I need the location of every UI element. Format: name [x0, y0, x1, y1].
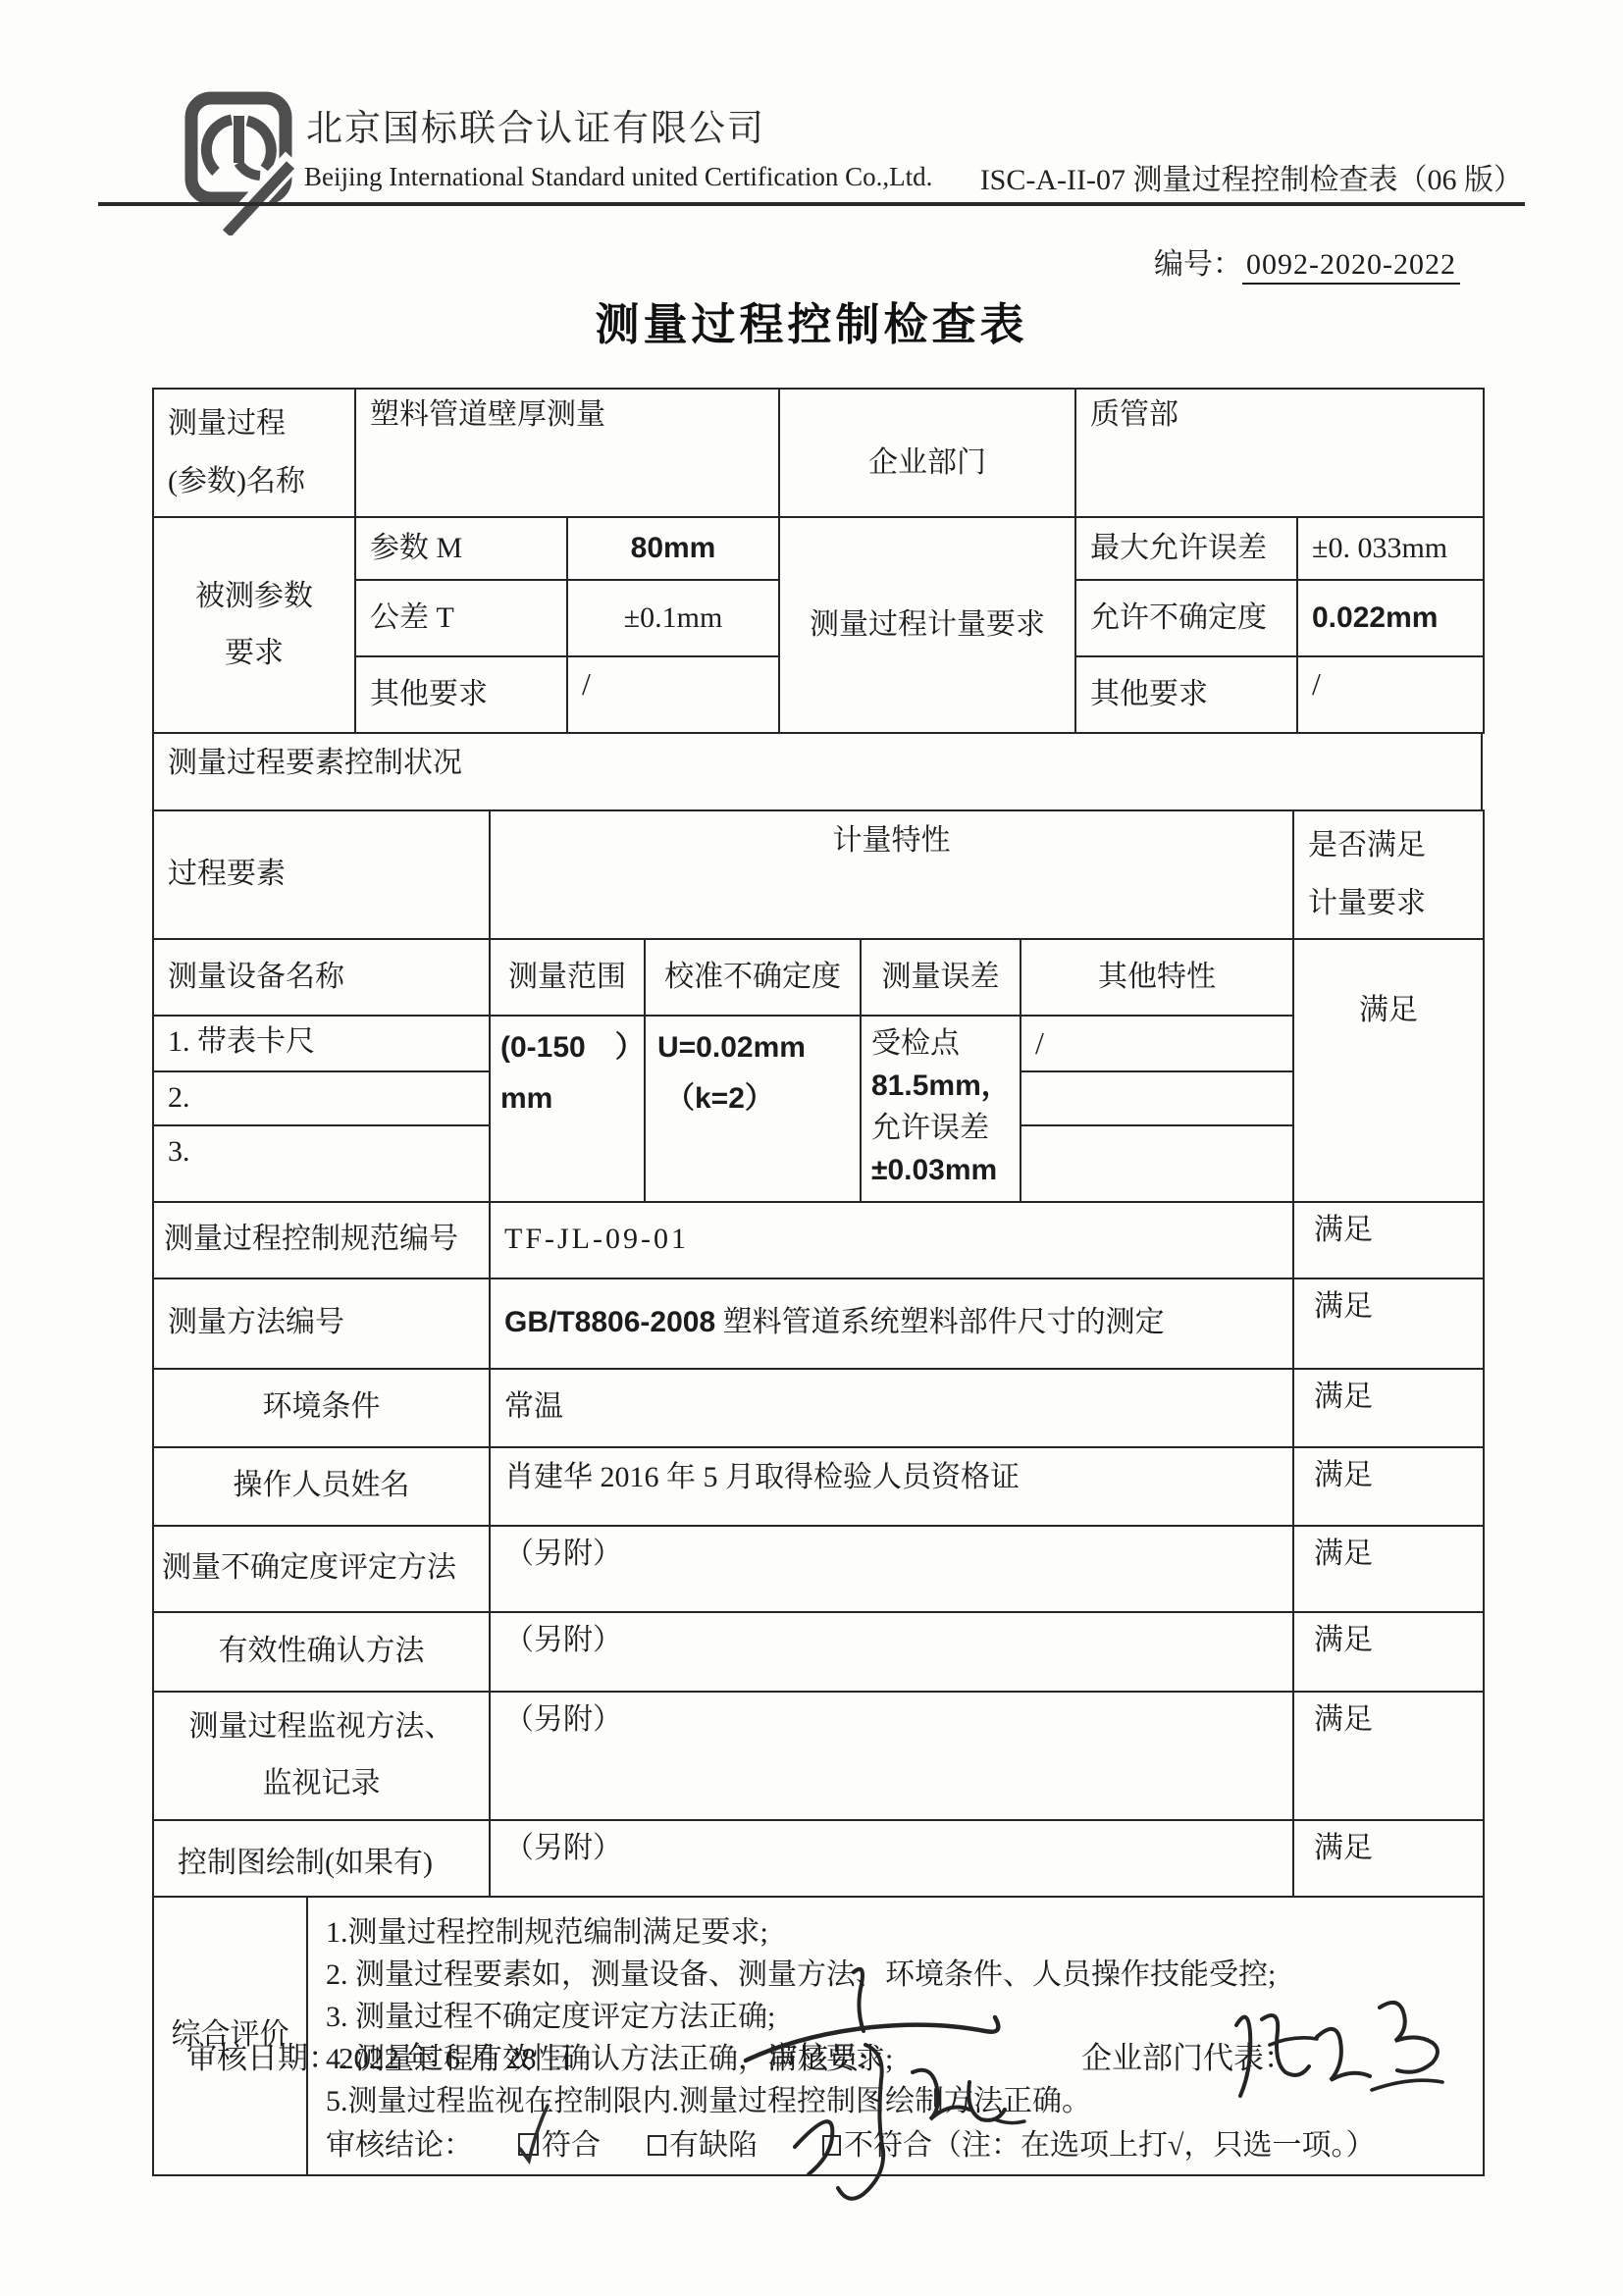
- col-header-other-char: 其他特性: [1021, 939, 1293, 1016]
- row-monitor-method-value: （另附）: [490, 1692, 1293, 1820]
- header-rule: [98, 202, 1525, 206]
- col-header-process-element: 过程要素: [153, 810, 490, 939]
- auditor-label: 审核员:: [767, 2033, 867, 2077]
- monitor-method-line2: 监视记录: [168, 1755, 475, 1813]
- table-identification: 测量过程 (参数)名称 塑料管道壁厚测量 企业部门 质管部 被测参数 要求 参数…: [152, 388, 1485, 734]
- cell-other-char-3: [1021, 1125, 1293, 1202]
- row-uncertainty-method-status: 满足: [1293, 1526, 1484, 1612]
- cell-device-2: 2.: [153, 1071, 490, 1125]
- checkbox-defect: [648, 2135, 666, 2156]
- row-spec-number-value: TF-JL-09-01: [490, 1202, 1293, 1278]
- doc-code: ISC-A-II-07 测量过程控制检查表（06 版）: [980, 155, 1523, 198]
- meas-error-line3: 允许误差: [871, 1107, 1016, 1149]
- cell-other-char-1: /: [1021, 1016, 1293, 1071]
- row-method-number-status: 满足: [1293, 1278, 1484, 1369]
- form-table: 测量过程 (参数)名称 塑料管道壁厚测量 企业部门 质管部 被测参数 要求 参数…: [152, 390, 1483, 2176]
- col-header-meas-error: 测量误差: [861, 939, 1021, 1016]
- cell-unc-label: 允许不确定度: [1075, 580, 1297, 656]
- checkbox-conform: [518, 2133, 539, 2156]
- row-env-status: 满足: [1293, 1369, 1484, 1447]
- checkbox-nonconform: [822, 2135, 841, 2156]
- company-name-en: Beijing International Standard united Ce…: [304, 162, 932, 192]
- audit-date-value: 2022 年 6 月 28 日: [339, 2041, 574, 2075]
- cell-dept-label: 企业部门: [779, 389, 1075, 517]
- cell-other-char-2: [1021, 1071, 1293, 1125]
- row-control-chart-status: 满足: [1293, 1820, 1484, 1897]
- cell-other-req-left-label: 其他要求: [355, 656, 567, 733]
- audit-date-label: 审核日期：: [186, 2041, 339, 2075]
- conclusion-opt-defect: 有缺陷: [669, 2129, 758, 2162]
- measured-param-line1: 被测参数: [168, 568, 340, 626]
- range-line1: (0-150 ）: [500, 1022, 630, 1073]
- company-name-cn: 北京国标联合认证有限公司: [306, 98, 765, 151]
- serial-label: 编号：: [1154, 248, 1242, 281]
- scanned-form-page: 北京国标联合认证有限公司 Beijing International Stand…: [0, 0, 1623, 2296]
- cell-param-m-value: 80mm: [567, 517, 779, 580]
- row-env-label: 环境条件: [153, 1369, 490, 1447]
- row-validity-method-status: 满足: [1293, 1612, 1484, 1692]
- row-operator-value: 肖建华 2016 年 5 月取得检验人员资格证: [490, 1447, 1293, 1526]
- process-name-label-line2: (参数)名称: [168, 453, 340, 511]
- table-devices: 过程要素 计量特性 是否满足 计量要求 测量设备名称 测量范围 校准不确定度 测…: [152, 809, 1485, 1203]
- row-spec-number-status: 满足: [1293, 1202, 1484, 1278]
- cell-mpe-label: 最大允许误差: [1075, 517, 1297, 580]
- col-header-satisfy: 是否满足 计量要求: [1293, 810, 1484, 939]
- row-env-value: 常温: [490, 1369, 1293, 1447]
- cell-other-req-left-value: /: [567, 656, 779, 733]
- row-control-chart-value: （另附）: [490, 1820, 1293, 1897]
- monitor-method-line1: 测量过程监视方法、: [168, 1698, 475, 1756]
- cell-process-name-label: 测量过程 (参数)名称: [153, 389, 355, 517]
- table-info-rows: 测量过程控制规范编号 TF-JL-09-01 满足 测量方法编号 GB/T880…: [152, 1201, 1485, 1898]
- cell-devices-satisfy: 满足: [1293, 939, 1484, 1202]
- process-name-label-line1: 测量过程: [168, 395, 340, 453]
- cell-param-m-label: 参数 M: [355, 517, 567, 580]
- row-operator-label: 操作人员姓名: [153, 1447, 490, 1526]
- evaluation-lines: 1.测量过程控制规范编制满足要求; 2. 测量过程要素如，测量设备、测量方法、环…: [326, 1911, 1473, 2122]
- page-title: 测量过程控制检查表: [0, 288, 1623, 352]
- evaluation-line-1: 1.测量过程控制规范编制满足要求;: [326, 1911, 1473, 1954]
- dept-rep-label: 企业部门代表：: [1081, 2033, 1294, 2077]
- cal-line2: （k=2）: [657, 1073, 846, 1124]
- cell-tolerance-label: 公差 T: [355, 580, 567, 656]
- handwritten-check-icon: [512, 2102, 557, 2165]
- cell-mpe-value: ±0. 033mm: [1297, 517, 1484, 580]
- row-validity-method-value: （另附）: [490, 1612, 1293, 1692]
- cell-tolerance-value: ±0.1mm: [567, 580, 779, 656]
- evaluation-line-2: 2. 测量过程要素如，测量设备、测量方法、环境条件、人员操作技能受控;: [326, 1954, 1473, 1996]
- evaluation-line-3: 3. 测量过程不确定度评定方法正确;: [326, 1996, 1473, 2038]
- section-banner-label: 测量过程要素控制状况: [153, 733, 1482, 810]
- row-method-number-label: 测量方法编号: [153, 1278, 490, 1369]
- cell-device-range: (0-150 ） mm: [490, 1016, 645, 1202]
- serial-number: 编号：0092-2020-2022: [1154, 239, 1460, 283]
- cal-line1: U=0.02mm: [657, 1022, 846, 1073]
- cell-unc-value: 0.022mm: [1297, 580, 1484, 656]
- serial-value: 0092-2020-2022: [1242, 248, 1460, 285]
- cell-dept-value: 质管部: [1075, 389, 1484, 517]
- audit-date: 审核日期：2022 年 6 月 28 日: [186, 2033, 574, 2077]
- col-header-cal-uncertainty: 校准不确定度: [645, 939, 861, 1016]
- row-spec-number-label: 测量过程控制规范编号: [153, 1202, 490, 1278]
- conclusion-label: 审核结论：: [326, 2129, 473, 2162]
- row-uncertainty-method-label: 测量不确定度评定方法: [153, 1526, 490, 1612]
- row-method-number-value: GB/T8806-2008 塑料管道系统塑料部件尺寸的测定: [490, 1278, 1293, 1369]
- col-header-device-name: 测量设备名称: [153, 939, 490, 1016]
- method-number-name: 塑料管道系统塑料部件尺寸的测定: [715, 1306, 1165, 1338]
- evaluation-line-5: 5.测量过程监视在控制限内.测量过程控制图绘制方法正确。: [326, 2080, 1473, 2122]
- cell-other-req-right-value: /: [1297, 656, 1484, 733]
- cell-process-name-value: 塑料管道壁厚测量: [355, 389, 779, 517]
- row-monitor-method-status: 满足: [1293, 1692, 1484, 1820]
- conclusion-row: 审核结论：符合有缺陷不符合（注：在选项上打√，只选一项。）: [326, 2124, 1473, 2166]
- conclusion-opt-nonconform: 不符合: [844, 2129, 932, 2162]
- range-line2: mm: [500, 1073, 630, 1124]
- row-operator-status: 满足: [1293, 1447, 1484, 1526]
- meas-error-line1: 受检点: [871, 1022, 1016, 1065]
- table-section-banner: 测量过程要素控制状况: [152, 732, 1483, 811]
- row-control-chart-label: 控制图绘制(如果有): [153, 1820, 490, 1897]
- cell-metro-requirement: 测量过程计量要求: [779, 517, 1075, 733]
- meas-error-line4: ±0.03mm: [871, 1149, 1016, 1191]
- cell-device-1: 1. 带表卡尺: [153, 1016, 490, 1071]
- cell-device-cal-uncertainty: U=0.02mm （k=2）: [645, 1016, 861, 1202]
- measured-param-line2: 要求: [168, 625, 340, 683]
- col-header-metro-characteristics: 计量特性: [490, 810, 1293, 939]
- satisfy-header-line2: 计量要求: [1308, 875, 1469, 933]
- col-header-range: 测量范围: [490, 939, 645, 1016]
- cell-measured-param-group: 被测参数 要求: [153, 517, 355, 733]
- row-validity-method-label: 有效性确认方法: [153, 1612, 490, 1692]
- row-uncertainty-method-value: （另附）: [490, 1526, 1293, 1612]
- cell-device-meas-error: 受检点 81.5mm， 允许误差 ±0.03mm: [861, 1016, 1021, 1202]
- row-monitor-method-label: 测量过程监视方法、 监视记录: [153, 1692, 490, 1820]
- conclusion-note: （注：在选项上打√，只选一项。）: [932, 2129, 1375, 2162]
- meas-error-line2: 81.5mm，: [871, 1065, 1016, 1107]
- method-number-code: GB/T8806-2008: [504, 1306, 715, 1338]
- satisfy-header-line1: 是否满足: [1308, 817, 1469, 875]
- cell-other-req-right-label: 其他要求: [1075, 656, 1297, 733]
- certification-logo-icon: [180, 88, 299, 235]
- cell-device-3: 3.: [153, 1125, 490, 1202]
